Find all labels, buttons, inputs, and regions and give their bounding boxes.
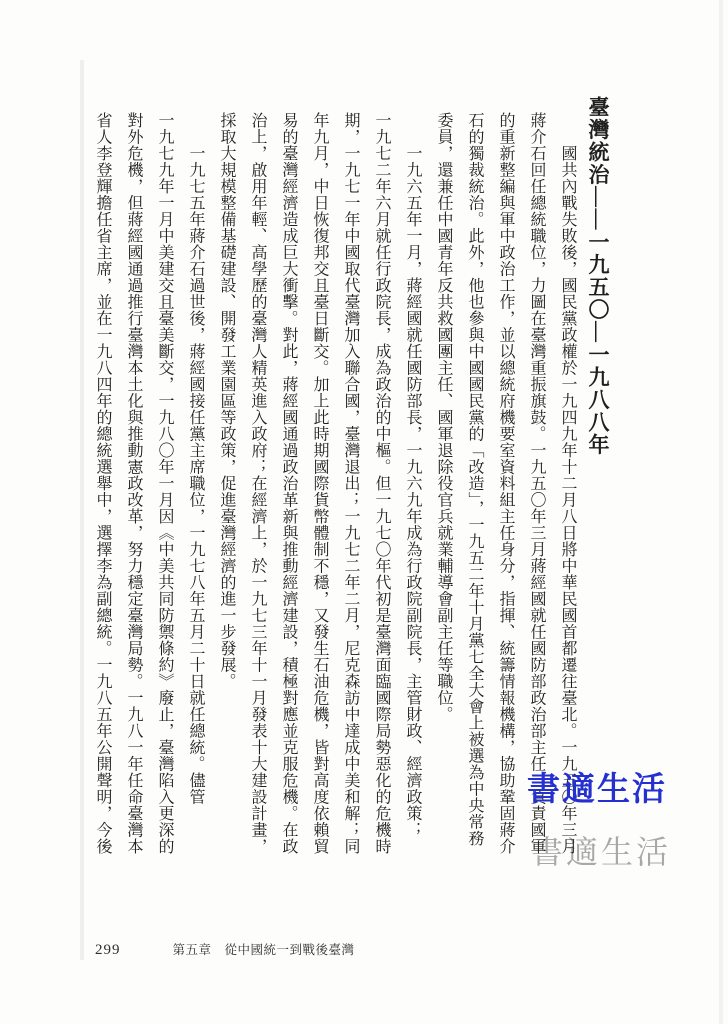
body-text-column: 一九七五年蔣介石過世後，蔣經國接任黨主席職位，一九七八年五月二十日就任總統。儘管 <box>187 96 203 886</box>
body-text-column: 省人李登輝擔任省主席，並在一九八四年的總統選舉中，選擇李為副總統。一九八五年公開… <box>94 96 110 886</box>
body-text-column: 採取大規模整備基礎建設、開發工業園區等政策，促進臺灣經濟的進一步發展。 <box>218 96 234 886</box>
scan-artifact-right <box>719 0 723 1024</box>
body-text-column: 對外危機，但蔣經國通過推行臺灣本土化與推動憲政改革，努力穩定臺灣局勢。一九八一年… <box>125 96 141 886</box>
body-text-column: 治上，啟用年輕、高學歷的臺灣人精英進入政府；在經濟上，於一九七三年十一月發表十大… <box>249 96 265 886</box>
page-number: 299 <box>95 942 121 959</box>
body-text-column: 委員，還兼任中國青年反共救國團主任、國軍退除役官兵就業輔導會副主任等職位。 <box>435 96 451 886</box>
body-text-column: 石的獨裁統治。此外，他也參與中國國民黨的「改造」，一九五二年十月黨七全大會上被選… <box>466 96 482 886</box>
watermark-blue: 書適生活 <box>527 763 667 810</box>
body-text-column: 一九七九年一月中美建交且臺美斷交，一九八〇年一月因《中美共同防禦條約》廢止，臺灣… <box>156 96 172 886</box>
body-text-column: 一九七二年六月就任行政院長，成為政治的中樞。但一九七〇年代初是臺灣面臨國際局勢惡… <box>373 96 389 886</box>
chapter-running-title: 第五章 從中國統一到戰後臺灣 <box>173 940 355 958</box>
book-page: 臺灣統治——一九五〇—一九八八年 國共內戰失敗後，國民黨政權於一九四九年十二月八… <box>0 0 728 1024</box>
body-text-column: 期，一九七一年中國取代臺灣加入聯合國，臺灣退出；一九七二年二月，尼克森訪中達成中… <box>342 96 358 886</box>
body-text-column: 易的臺灣經濟造成巨大衝擊。對此，蔣經國通過政治革新與推動經濟建設，積極對應並克服… <box>280 96 296 886</box>
body-text-column: 的重新整編與軍中政治工作，並以總統府機要室資料組主任身分，指揮、統籌情報機構，協… <box>497 96 513 886</box>
body-text-column: 一九六五年一月，蔣經國就任國防部長，一九六九年成為行政院副院長，主管財政、經濟政… <box>404 96 420 886</box>
body-text-column: 年九月，中日恢復邦交且臺日斷交。加上此時期國際貨幣體制不穩，又發生石油危機，皆對… <box>311 96 327 886</box>
page-footer: 299 第五章 從中國統一到戰後臺灣 <box>95 940 355 959</box>
